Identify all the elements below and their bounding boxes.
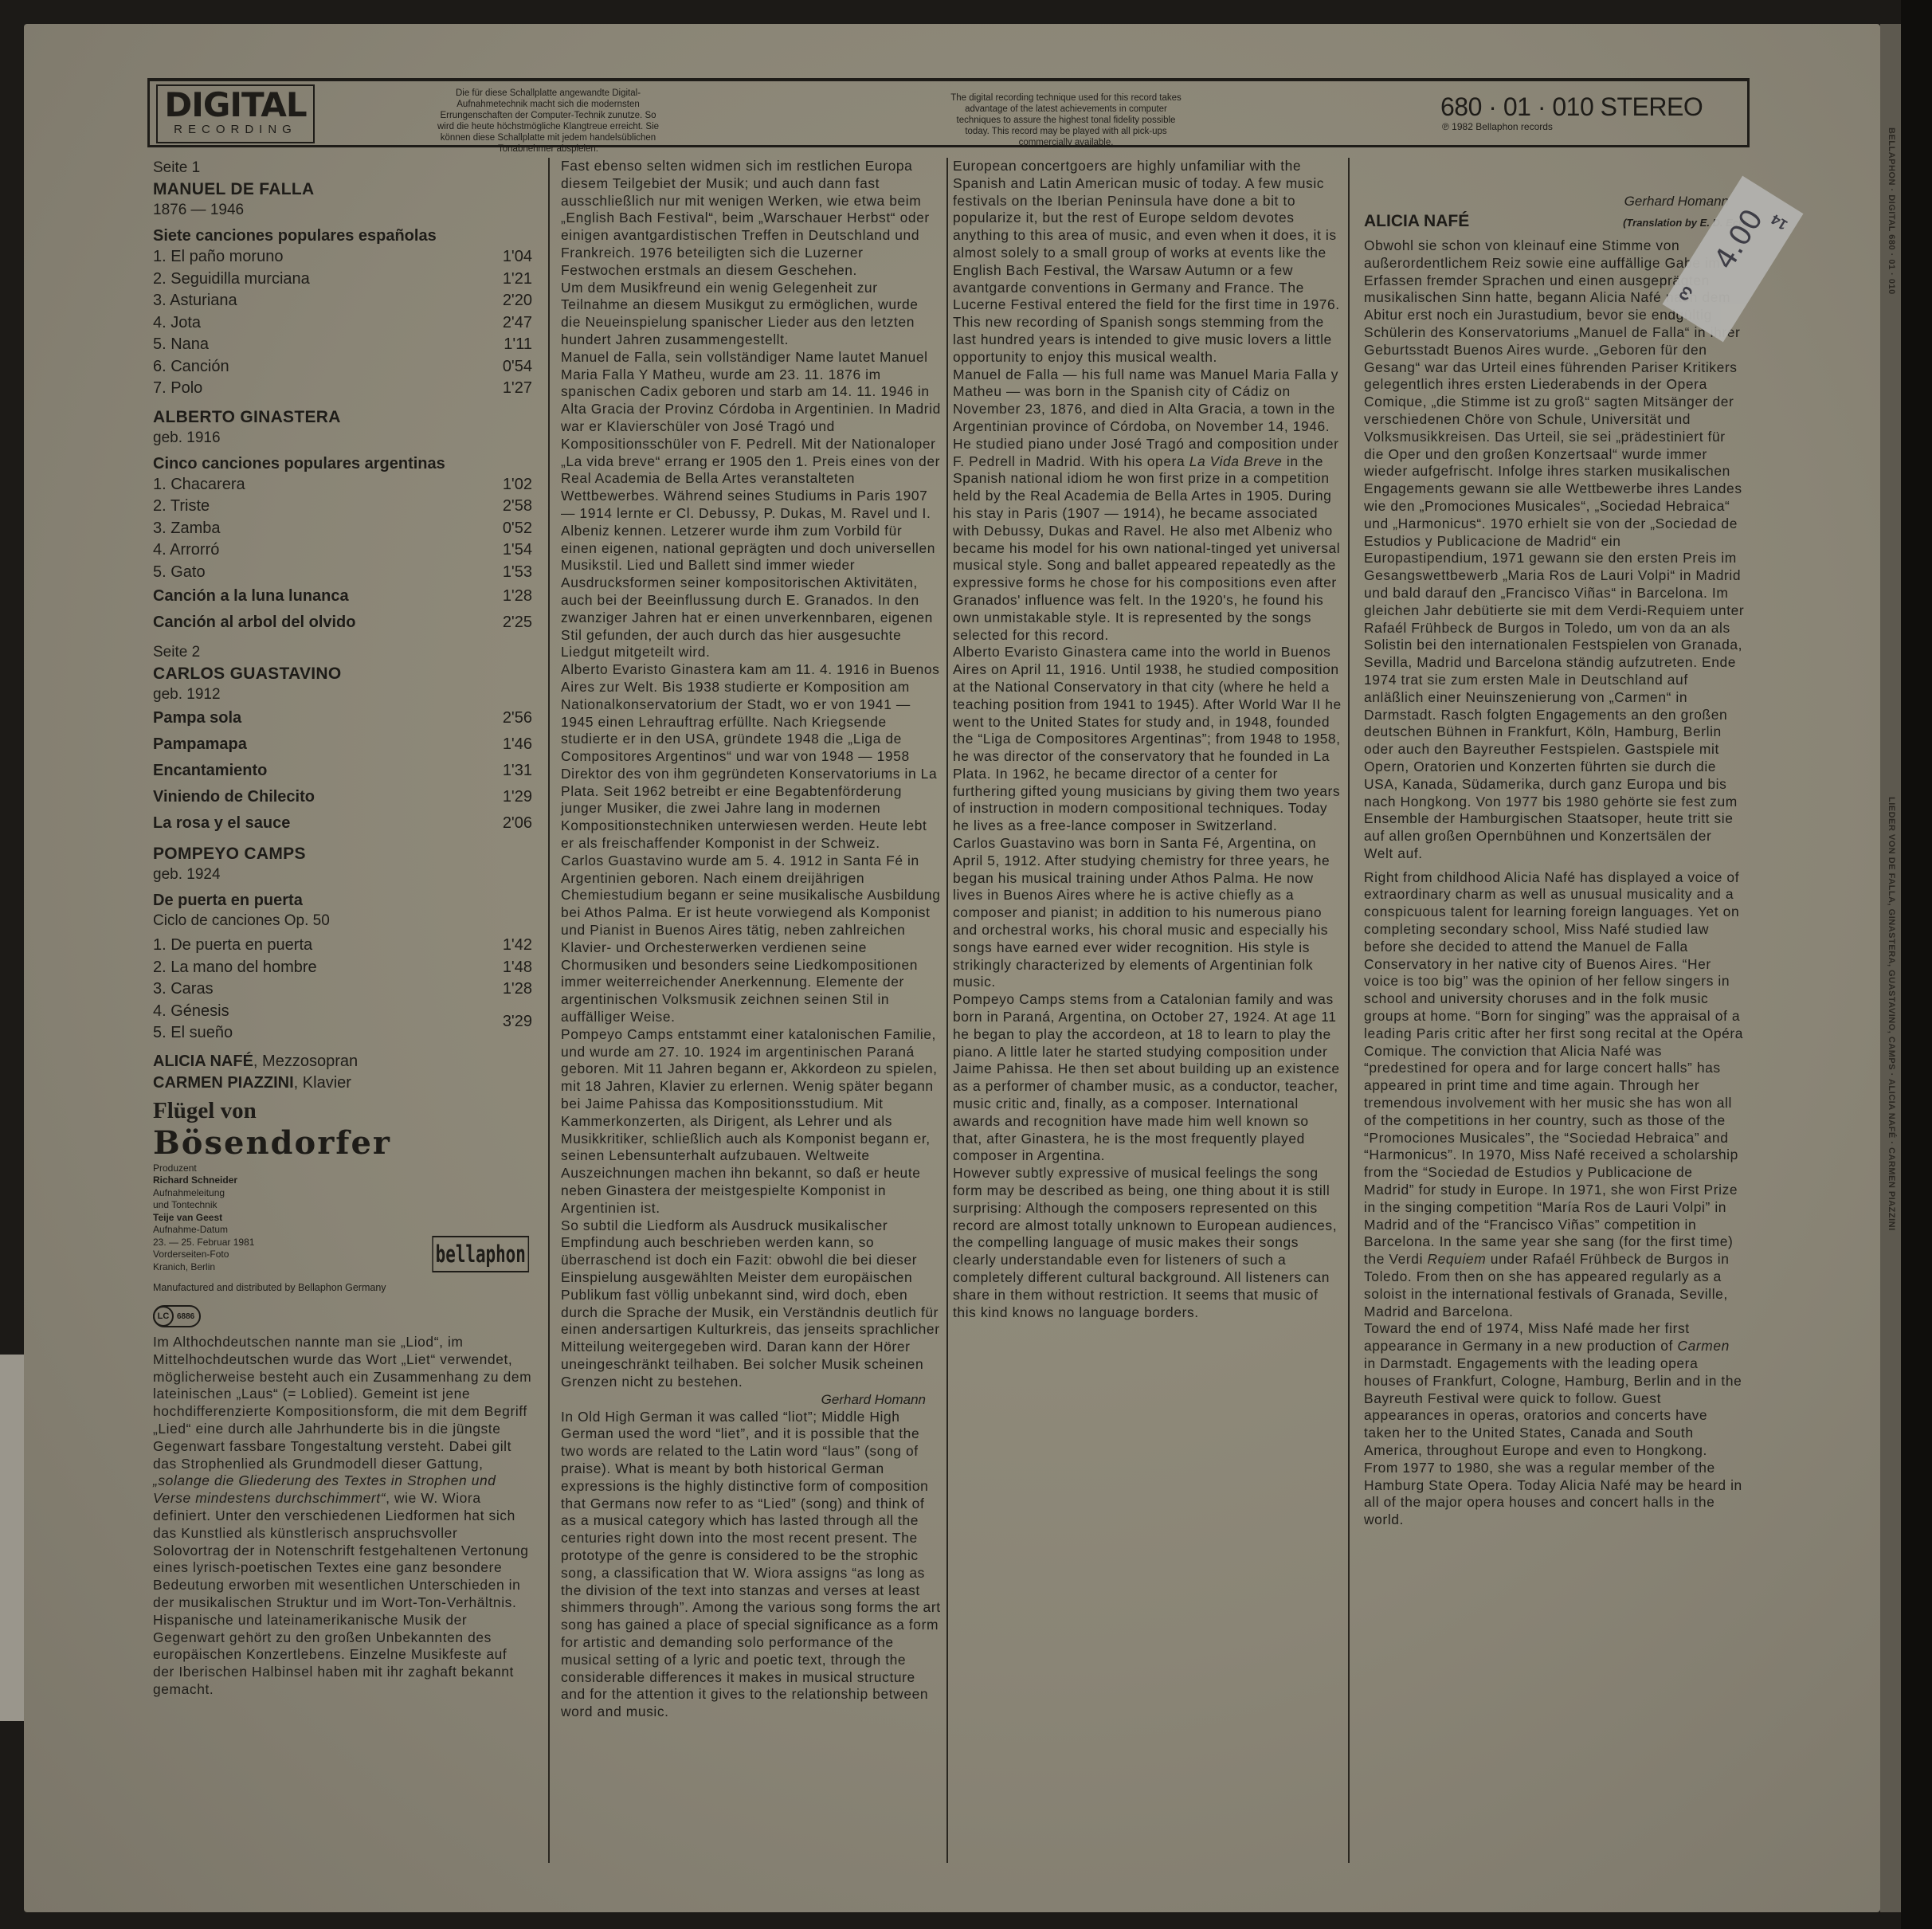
catalog-number: 680 · 01 · 010 STEREO xyxy=(1440,92,1703,121)
track-time: 1'11 xyxy=(504,334,532,356)
track-row: Canción al arbol del olvido2'25 xyxy=(153,610,532,636)
column-divider xyxy=(1348,158,1350,1863)
track-row: 4. Arrorró1'54 xyxy=(153,539,532,562)
track-row: 4. Génesis xyxy=(153,1001,532,1023)
track-time: 1'31 xyxy=(503,758,532,784)
track-title: 3. Zamba xyxy=(153,518,220,540)
author-signature: Gerhard Homann xyxy=(561,1391,942,1409)
performer-name: ALICIA NAFÉ xyxy=(153,1053,253,1070)
track-row: Pampa sola2'56 xyxy=(153,705,532,731)
credit-label: Aufnahmeleitung xyxy=(153,1187,532,1200)
track-row: La rosa y el sauce2'06 xyxy=(153,810,532,837)
artist-bio-english: Right from childhood Alicia Nafé has dis… xyxy=(1364,869,1745,1529)
track-row: 2. Seguidilla murciana1'21 xyxy=(153,269,532,291)
digital-recording-banner: DIGITAL RECORDING Die für diese Schallpl… xyxy=(147,78,1750,147)
column-divider xyxy=(548,158,550,1863)
paragraph: Carlos Guastavino wurde am 5. 4. 1912 in… xyxy=(561,853,942,1026)
sticker-mark-icon: ω xyxy=(1674,282,1699,306)
track-title: Viniendo de Chilecito xyxy=(153,784,315,810)
track-list-camps: 1. De puerta en puerta1'42 2. La mano de… xyxy=(153,935,532,1045)
composer-dates: geb. 1924 xyxy=(153,865,532,885)
track-row: 4. Jota2'47 xyxy=(153,312,532,335)
liner-notes-column-4: Gerhard Homann ALICIA NAFÉ (Translation … xyxy=(1364,158,1745,1529)
logo-digital: DIGITAL xyxy=(158,87,313,124)
track-title: 5. El sueño xyxy=(153,1022,233,1045)
paragraph: Um dem Musikfreund ein wenig Gelegenheit… xyxy=(561,280,942,349)
paragraph: Manuel de Falla, sein vollständiger Name… xyxy=(561,349,942,661)
liner-notes-column-2: Fast ebenso selten widmen sich im restli… xyxy=(561,158,942,1721)
logo-recording: RECORDING xyxy=(158,124,313,136)
track-title: La rosa y el sauce xyxy=(153,810,290,837)
composer-guastavino: CARLOS GUASTAVINO xyxy=(153,663,532,684)
track-title: 4. Génesis xyxy=(153,1001,229,1023)
artist-bio-german: Obwohl sie schon von kleinauf eine Stimm… xyxy=(1364,237,1745,863)
paragraph: Right from childhood Alicia Nafé has dis… xyxy=(1364,869,1743,1268)
track-row: 5. El sueño3'29 xyxy=(153,1022,532,1045)
paragraph: Alberto Evaristo Ginastera kam am 11. 4.… xyxy=(561,661,942,853)
credit-value: Richard Schneider xyxy=(153,1174,237,1186)
work-title: Cinco canciones populares argentinas xyxy=(153,453,532,474)
paragraph: Carlos Guastavino was born in Santa Fé, … xyxy=(953,835,1342,991)
credit-value: Teije van Geest xyxy=(153,1212,222,1223)
spine-label-catalog: BELLAPHON · DIGITAL 680 · 01 · 010 xyxy=(1887,127,1896,295)
paragraph: So subtil die Liedform als Ausdruck musi… xyxy=(561,1217,942,1391)
track-row: Canción a la luna lunanca1'28 xyxy=(153,583,532,610)
track-row: 3. Zamba0'52 xyxy=(153,518,532,540)
composer-falla: MANUEL DE FALLA xyxy=(153,178,532,200)
track-time: 1'28 xyxy=(503,978,532,1001)
track-title: 4. Jota xyxy=(153,312,201,335)
work-subtitle: Ciclo de canciones Op. 50 xyxy=(153,911,532,931)
performer-line: ALICIA NAFÉ, Mezzosopran xyxy=(153,1051,532,1072)
track-title: 3. Caras xyxy=(153,978,214,1001)
track-title: 7. Polo xyxy=(153,378,202,400)
opera-title: Carmen xyxy=(1677,1338,1729,1354)
track-time: 3'29 xyxy=(503,1011,532,1045)
composer-camps: POMPEYO CAMPS xyxy=(153,843,532,865)
artist-heading: ALICIA NAFÉ xyxy=(1364,210,1469,233)
track-row: 5. Nana1'11 xyxy=(153,334,532,356)
digital-blurb-english: The digital recording technique used for… xyxy=(946,92,1185,148)
track-time: 2'25 xyxy=(503,610,532,636)
composer-dates: 1876 — 1946 xyxy=(153,200,532,221)
bellaphon-logo: bellaphon xyxy=(432,1236,529,1272)
track-time: 1'29 xyxy=(503,784,532,810)
manufactured-line: Manufactured and distributed by Bellapho… xyxy=(153,1281,532,1294)
paragraph: In Old High German it was called “liot”;… xyxy=(561,1409,942,1721)
track-time: 2'56 xyxy=(503,705,532,731)
paragraph: in the Spanish national idiom he won fir… xyxy=(953,453,1340,643)
track-title: 5. Nana xyxy=(153,334,209,356)
paragraph: Im Althochdeutschen nannte man sie „Liod… xyxy=(153,1334,531,1472)
track-time: 2'06 xyxy=(503,810,532,837)
paragraph: , wie W. Wiora definiert. Unter den vers… xyxy=(153,1490,529,1610)
spine-label-title: LIEDER VON DE FALLA, GINASTERA, GUASTAVI… xyxy=(1887,797,1896,1231)
work-title: De puerta en puerta xyxy=(153,890,532,911)
track-title: Canción a la luna lunanca xyxy=(153,583,349,610)
paragraph: European concertgoers are highly unfamil… xyxy=(953,158,1342,314)
track-row: 3. Asturiana2'20 xyxy=(153,290,532,312)
side-2-label: Seite 2 xyxy=(153,642,532,663)
liner-notes-column-3: European concertgoers are highly unfamil… xyxy=(953,158,1342,1321)
track-row: Viniendo de Chilecito1'29 xyxy=(153,784,532,810)
track-row: 1. Chacarera1'02 xyxy=(153,474,532,496)
paragraph: Pompeyo Camps stems from a Catalonian fa… xyxy=(953,991,1342,1165)
column-divider xyxy=(946,158,948,1863)
paragraph: Pompeyo Camps entstammt einer katalonisc… xyxy=(561,1026,942,1217)
work-title: Siete canciones populares españolas xyxy=(153,225,532,246)
author-signature: Gerhard Homann xyxy=(1364,193,1745,210)
track-title: 2. Seguidilla murciana xyxy=(153,269,310,291)
track-time: 1'28 xyxy=(503,583,532,610)
label-code-badge: LC 6886 xyxy=(153,1305,201,1327)
digital-blurb-german: Die für diese Schallplatte angewandte Di… xyxy=(437,88,660,155)
composer-dates: geb. 1916 xyxy=(153,428,532,449)
paragraph: Obwohl sie schon von kleinauf eine Stimm… xyxy=(1364,237,1745,863)
track-row: Pampamapa1'46 xyxy=(153,731,532,758)
track-title: Pampamapa xyxy=(153,731,247,758)
track-time: 0'54 xyxy=(503,356,532,378)
track-list-falla: 1. El paño moruno1'04 2. Seguidilla murc… xyxy=(153,246,532,400)
background-dark xyxy=(1901,0,1932,1929)
track-title: 2. Triste xyxy=(153,496,210,518)
track-title: Pampa sola xyxy=(153,705,241,731)
copyright-line: ℗ 1982 Bellaphon records xyxy=(1442,121,1703,132)
performer-role: , Mezzosopran xyxy=(253,1053,358,1070)
piano-line: Flügel von xyxy=(153,1097,532,1124)
track-row: 5. Gato1'53 xyxy=(153,562,532,584)
paragraph: Fast ebenso selten widmen sich im restli… xyxy=(561,158,942,280)
side-1-label: Seite 1 xyxy=(153,158,532,178)
track-title: 1. De puerta en puerta xyxy=(153,935,312,957)
track-time: 2'47 xyxy=(503,312,532,335)
track-time: 1'48 xyxy=(503,957,532,979)
track-title: Encantamiento xyxy=(153,758,267,784)
track-time: 1'04 xyxy=(503,246,532,269)
lc-icon: LC xyxy=(153,1306,174,1327)
liner-notes-english-cont: European concertgoers are highly unfamil… xyxy=(953,158,1342,1321)
track-title: 3. Asturiana xyxy=(153,290,237,312)
track-list-ginastera: 1. Chacarera1'02 2. Triste2'58 3. Zamba0… xyxy=(153,474,532,637)
sticker-code: 14 xyxy=(1769,210,1791,233)
credit-label: und Tontechnik xyxy=(153,1199,532,1212)
track-row: 6. Canción0'54 xyxy=(153,356,532,378)
track-row: Encantamiento1'31 xyxy=(153,758,532,784)
paragraph: Alberto Evaristo Ginastera came into the… xyxy=(953,644,1342,835)
composer-dates: geb. 1912 xyxy=(153,684,532,705)
background-edge xyxy=(0,1355,24,1721)
track-time: 1'42 xyxy=(503,935,532,957)
catalog-block: 680 · 01 · 010 STEREO ℗ 1982 Bellaphon r… xyxy=(1440,92,1703,132)
performer-line: CARMEN PIAZZINI, Klavier xyxy=(153,1072,532,1094)
track-row: 1. El paño moruno1'04 xyxy=(153,246,532,269)
track-list-guastavino: Pampa sola2'56 Pampamapa1'46 Encantamien… xyxy=(153,705,532,837)
digital-recording-logo: DIGITAL RECORDING xyxy=(156,84,315,143)
track-title: 5. Gato xyxy=(153,562,206,584)
paragraph: Hispanische und lateinamerikanische Musi… xyxy=(153,1612,532,1699)
tracklist-column: Seite 1 MANUEL DE FALLA 1876 — 1946 Siet… xyxy=(153,158,532,1699)
track-time: 1'02 xyxy=(503,474,532,496)
credit-label: Aufnahme-Datum xyxy=(153,1224,532,1237)
credit-label: Produzent xyxy=(153,1162,532,1175)
composer-ginastera: ALBERTO GINASTERA xyxy=(153,406,532,428)
track-title: 2. La mano del hombre xyxy=(153,957,317,979)
track-row: 2. La mano del hombre1'48 xyxy=(153,957,532,979)
track-title: 6. Canción xyxy=(153,356,229,378)
bosendorfer-logo: Bösendorfer xyxy=(153,1124,532,1162)
lc-code: 6886 xyxy=(177,1312,194,1321)
liner-notes-english: In Old High German it was called “liot”;… xyxy=(561,1409,942,1721)
track-title: 1. Chacarera xyxy=(153,474,245,496)
opera-title: La Vida Breve xyxy=(1189,453,1283,469)
track-time: 1'54 xyxy=(503,539,532,562)
track-row: 2. Triste2'58 xyxy=(153,496,532,518)
track-title: 1. El paño moruno xyxy=(153,246,283,269)
track-time: 1'53 xyxy=(503,562,532,584)
production-credits: Produzent Richard Schneider Aufnahmeleit… xyxy=(153,1162,532,1274)
liner-notes-german: Fast ebenso selten widmen sich im restli… xyxy=(561,158,942,1391)
paragraph: Toward the end of 1974, Miss Nafé made h… xyxy=(1364,1320,1690,1354)
paragraph: This new recording of Spanish songs stem… xyxy=(953,314,1342,366)
track-title: 4. Arrorró xyxy=(153,539,219,562)
sticker-price: 4.00 xyxy=(1708,204,1769,276)
track-time: 2'58 xyxy=(503,496,532,518)
performer-role: , Klavier xyxy=(294,1074,351,1092)
track-time: 1'21 xyxy=(503,269,532,291)
track-title: Canción al arbol del olvido xyxy=(153,610,355,636)
performer-name: CARMEN PIAZZINI xyxy=(153,1074,294,1092)
track-row: 3. Caras1'28 xyxy=(153,978,532,1001)
track-time: 1'46 xyxy=(503,731,532,758)
track-time: 2'20 xyxy=(503,290,532,312)
track-time: 0'52 xyxy=(503,518,532,540)
paragraph: However subtly expressive of musical fee… xyxy=(953,1165,1342,1321)
work-title: Requiem xyxy=(1427,1251,1486,1267)
track-time: 1'27 xyxy=(503,378,532,400)
liner-notes-german-intro: Im Althochdeutschen nannte man sie „Liod… xyxy=(153,1334,532,1699)
track-row: 1. De puerta en puerta1'42 xyxy=(153,935,532,957)
track-row: 7. Polo1'27 xyxy=(153,378,532,400)
paragraph: in Darmstadt. Engagements with the leadi… xyxy=(1364,1355,1742,1527)
